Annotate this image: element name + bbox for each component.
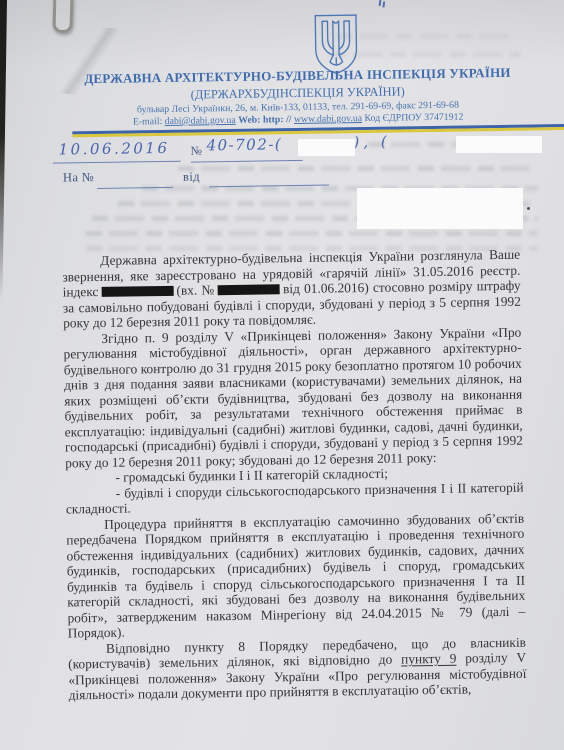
handwritten-number-tail: ), ( [353,133,391,152]
reply-number-label: На № [63,170,94,185]
paragraph-1: Державна архітектурно-будівельна інспекц… [62,247,521,331]
ink-speck [527,207,530,210]
paragraph-4: Відповідно пункту 8 Порядку передбачено,… [68,634,527,703]
handwritten-date: 10.06.2016 [58,139,169,159]
letter-body: Державна архітектурно-будівельна інспекц… [62,247,527,703]
edrpou-code: Код ЄДРПОУ 37471912 [364,112,463,124]
paper-clip [52,0,73,33]
form-line [209,185,329,188]
letter-content: ДЕРЖАВНА АРХІТЕКТУРНО-БУДІВЕЛЬНА ІНСПЕКЦ… [0,0,564,750]
white-redaction-box [298,139,355,156]
web-link: www.dabi.gov.ua [294,113,362,125]
paragraph-2: Згідно п. 9 розділу V «Прикінцеві положе… [63,324,523,470]
p4-underlined-reference: пункту 9 [401,651,456,667]
paragraph-3: Процедура прийняття в експлуатацію самоч… [66,510,526,641]
black-redaction [218,284,280,295]
white-redaction-box [357,188,523,229]
reply-date-label: від [183,169,200,184]
web-label: Web: http: // [238,114,292,126]
white-redaction-box [456,136,542,153]
number-sign: № [190,143,202,158]
scanned-letter-photo: ДЕРЖАВНА АРХІТЕКТУРНО-БУДІВЕЛЬНА ІНСПЕКЦ… [0,0,564,750]
form-line [191,160,303,163]
black-redaction [101,286,173,297]
email-link: dabi@dabi.gov.ua [165,115,236,127]
p1-text: (вх. № [176,282,215,298]
form-line [53,161,181,164]
handwritten-number: 40-702-( [206,135,282,154]
email-label: E-mail: [133,116,163,127]
form-line [97,187,173,189]
